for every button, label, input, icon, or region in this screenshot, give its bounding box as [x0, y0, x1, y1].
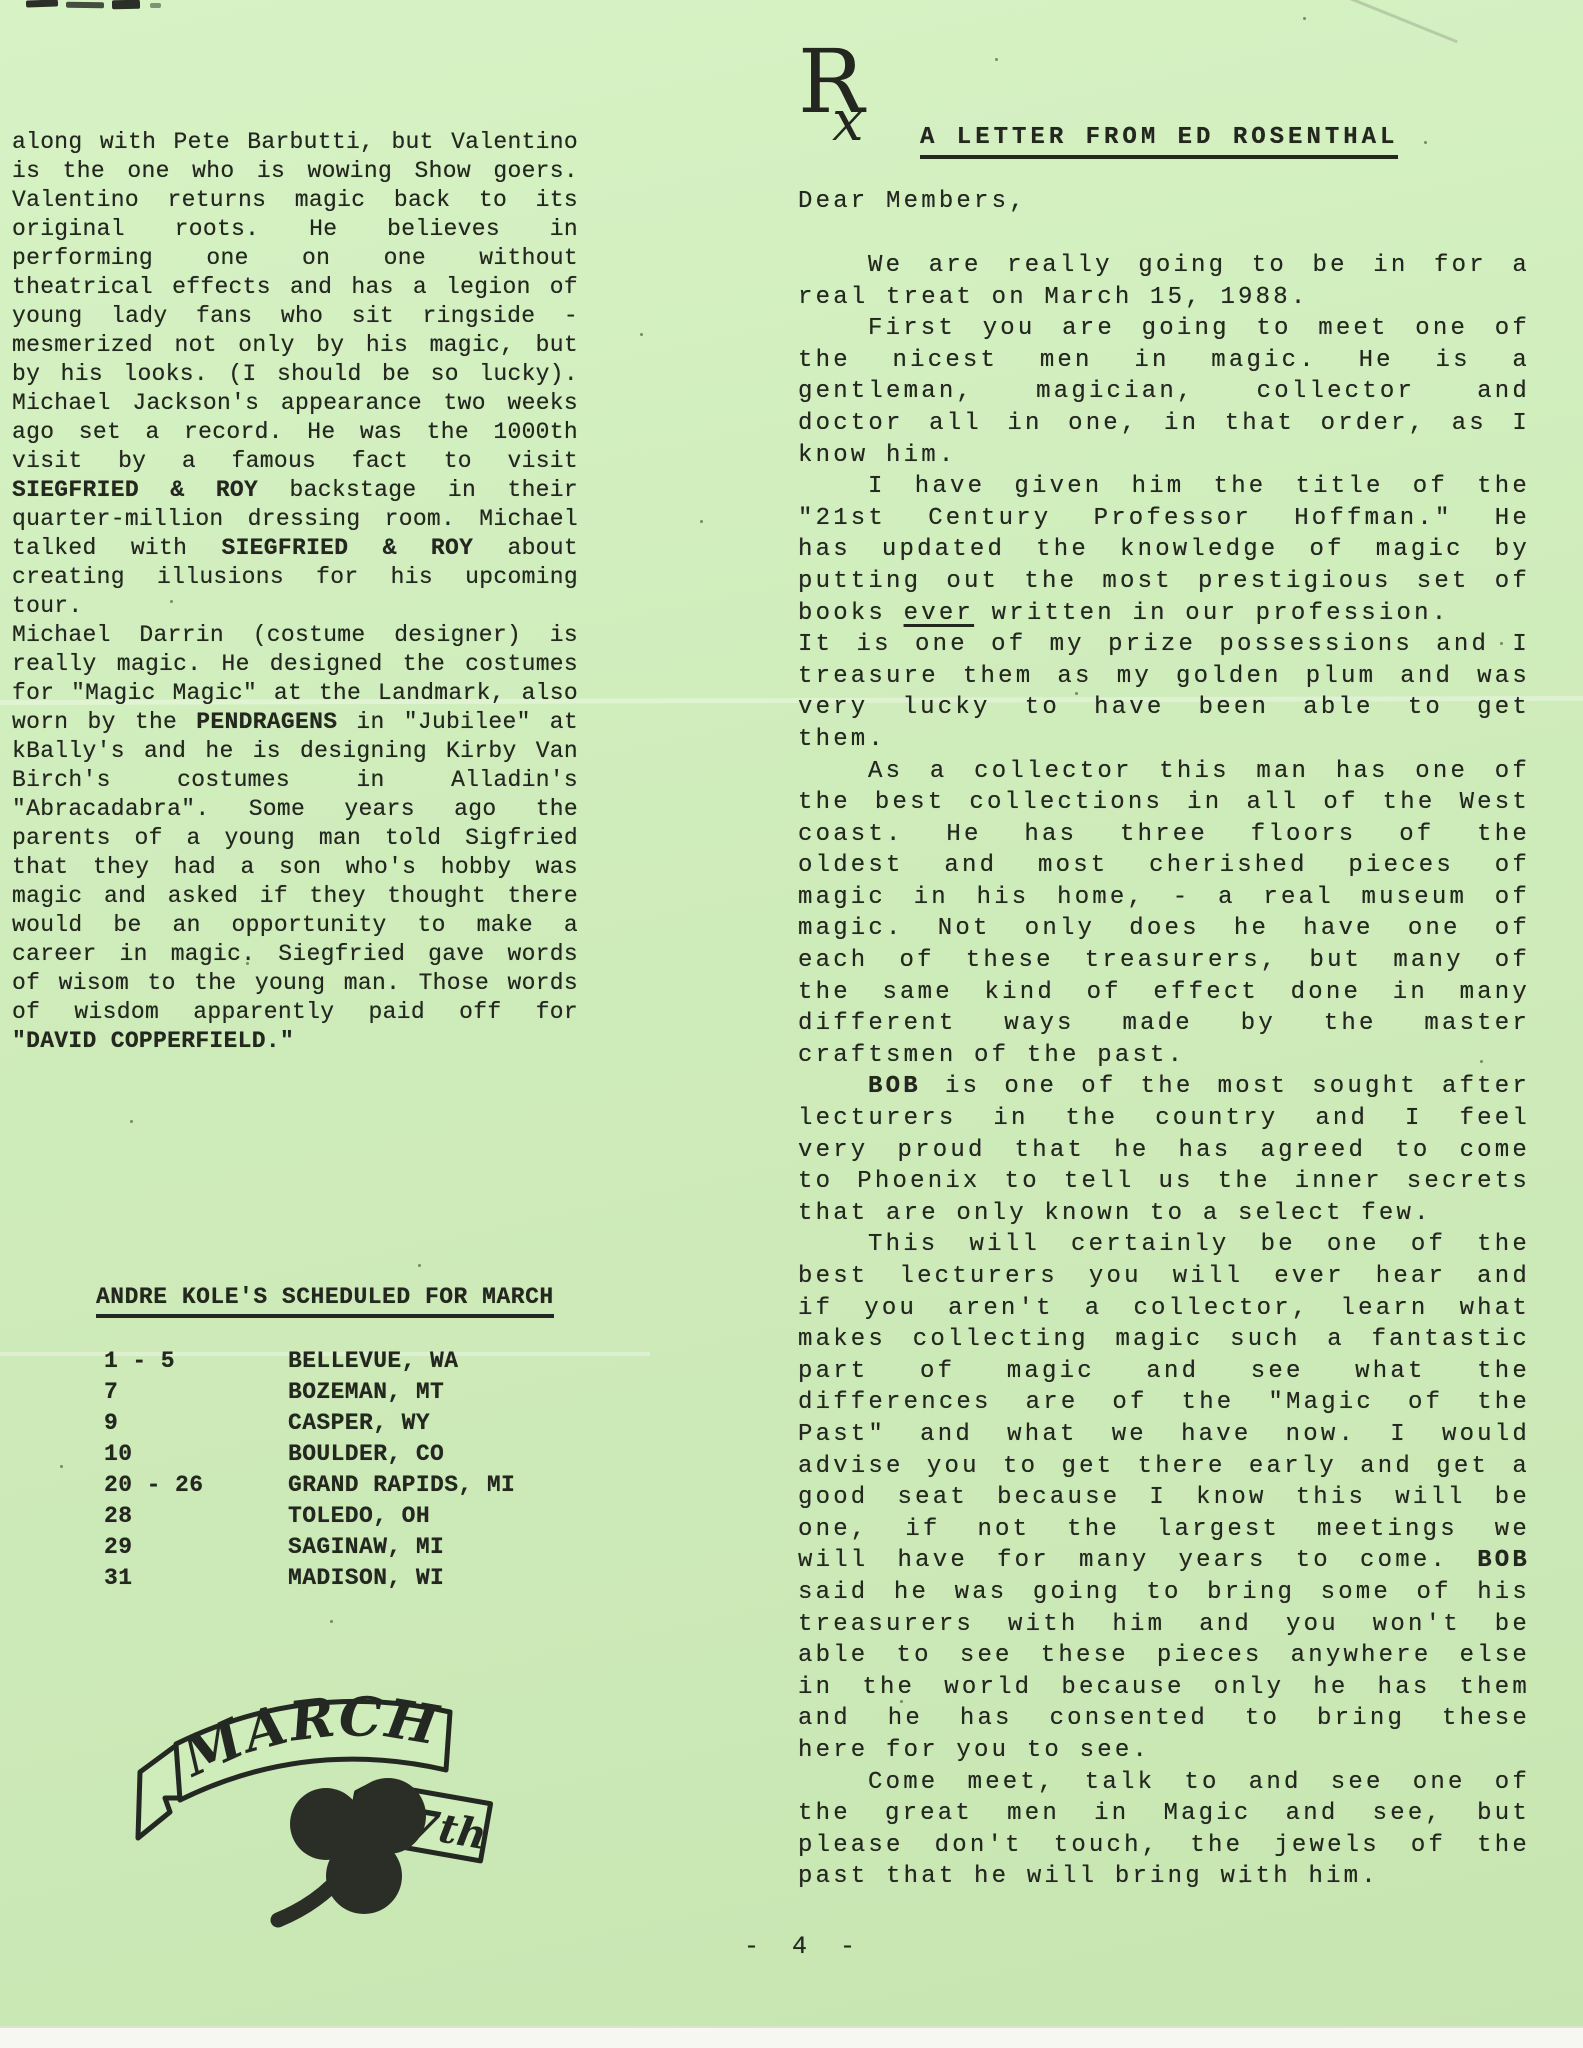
- text-line: the nicest men in magic. He is a: [798, 345, 1530, 377]
- text-line: treasurers with him and you won't be: [798, 1609, 1530, 1641]
- text-line: one, if not the largest meetings we: [798, 1514, 1530, 1546]
- text-line: As a collector this man has one of: [798, 756, 1530, 788]
- text-line: SIEGFRIED & ROY backstage in their: [12, 476, 578, 505]
- text-line: has updated the knowledge of magic by: [798, 534, 1530, 566]
- text-line: visit by a famous fact to visit: [12, 447, 578, 476]
- text-line: different ways made by the master: [798, 1008, 1530, 1040]
- text-line: magic and asked if they thought there: [12, 882, 578, 911]
- schedule-dates: 10: [104, 1439, 288, 1470]
- schedule-dates: 1 - 5: [104, 1346, 288, 1377]
- text-line: tour.: [12, 592, 578, 621]
- text-line: coast. He has three floors of the: [798, 819, 1530, 851]
- text-line: that are only known to a select few.: [798, 1198, 1530, 1230]
- text-line: creating illusions for his upcoming: [12, 563, 578, 592]
- svg-text:x: x: [832, 89, 864, 146]
- text-line: really magic. He designed the costumes: [12, 650, 578, 679]
- article-text: along with Pete Barbutti, but Valentinoi…: [12, 128, 578, 1056]
- text-line: young lady fans who sit ringside -: [12, 302, 578, 331]
- schedule-dates: 7: [104, 1377, 288, 1408]
- schedule-dates: 9: [104, 1408, 288, 1439]
- text-line: best lecturers you will ever hear and: [798, 1261, 1530, 1293]
- text-line: doctor all in one, in that order, as I: [798, 408, 1530, 440]
- scan-speck: [1303, 17, 1306, 20]
- torn-edge-mark: [66, 2, 104, 9]
- schedule-dates: 28: [104, 1501, 288, 1532]
- text-line: oldest and most cherished pieces of: [798, 850, 1530, 882]
- text-line: please don't touch, the jewels of the: [798, 1830, 1530, 1862]
- letter-heading: A LETTER FROM ED ROSENTHAL: [920, 124, 1398, 159]
- text-line: able to see these pieces anywhere else: [798, 1640, 1530, 1672]
- schedule-location: GRAND RAPIDS, MI: [288, 1470, 515, 1501]
- schedule-table: 1 - 5BELLEVUE, WA7BOZEMAN, MT9CASPER, WY…: [104, 1346, 515, 1594]
- text-line: talked with SIEGFRIED & ROY about: [12, 534, 578, 563]
- text-line: worn by the PENDRAGENS in "Jubilee" at: [12, 708, 578, 737]
- scan-speck: [995, 58, 998, 61]
- text-line: each of these treasurers, but many of: [798, 945, 1530, 977]
- text-line: past that he will bring with him.: [798, 1861, 1530, 1893]
- text-line: very proud that he has agreed to come: [798, 1135, 1530, 1167]
- text-line: Valentino returns magic back to its: [12, 186, 578, 215]
- text-line: that they had a son who's hobby was: [12, 853, 578, 882]
- torn-edge-mark: [26, 0, 58, 8]
- scan-speck: [700, 520, 703, 523]
- text-line: said he was going to bring some of his: [798, 1577, 1530, 1609]
- scan-speck: [130, 1120, 133, 1123]
- schedule-location: MADISON, WI: [288, 1563, 444, 1594]
- banner-month-text: MARCH: [170, 1684, 444, 1789]
- text-line: We are really going to be in for a: [798, 250, 1530, 282]
- schedule-row: 9CASPER, WY: [104, 1408, 515, 1439]
- text-line: BOB is one of the most sought after: [798, 1071, 1530, 1103]
- text-line: putting out the most prestigious set of: [798, 566, 1530, 598]
- text-line: theatrical effects and has a legion of: [12, 273, 578, 302]
- text-line: First you are going to meet one of: [798, 313, 1530, 345]
- text-line: by his looks. (I should be so lucky).: [12, 360, 578, 389]
- text-line: It is one of my prize possessions and I: [798, 629, 1530, 661]
- text-line: magic. Not only does he have one of: [798, 913, 1530, 945]
- text-line: very lucky to have been able to get: [798, 692, 1530, 724]
- text-line: quarter-million dressing room. Michael: [12, 505, 578, 534]
- schedule-location: CASPER, WY: [288, 1408, 430, 1439]
- text-line: Michael Jackson's appearance two weeks: [12, 389, 578, 418]
- torn-edge-mark: [150, 3, 161, 8]
- text-line: for "Magic Magic" at the Landmark, also: [12, 679, 578, 708]
- letter-salutation: Dear Members,: [798, 188, 1027, 215]
- text-line: Past" and what we have now. I would: [798, 1419, 1530, 1451]
- schedule-location: BOZEMAN, MT: [288, 1377, 444, 1408]
- paper-crease: [1336, 0, 1458, 43]
- text-line: in the world because only he has them: [798, 1672, 1530, 1704]
- schedule-row: 10BOULDER, CO: [104, 1439, 515, 1470]
- scan-speck: [1424, 141, 1427, 144]
- text-line: know him.: [798, 440, 1530, 472]
- text-line: Come meet, talk to and see one of: [798, 1767, 1530, 1799]
- torn-edge-mark: [112, 0, 140, 9]
- text-line: real treat on March 15, 1988.: [798, 282, 1530, 314]
- text-line: here for you to see.: [798, 1735, 1530, 1767]
- text-line: treasure them as my golden plum and was: [798, 661, 1530, 693]
- scan-speck: [418, 1264, 421, 1267]
- text-line: part of magic and see what the: [798, 1356, 1530, 1388]
- schedule-row: 31MADISON, WI: [104, 1563, 515, 1594]
- text-line: gentleman, magician, collector and: [798, 376, 1530, 408]
- text-line: good seat because I know this will be: [798, 1482, 1530, 1514]
- text-line: to Phoenix to tell us the inner secrets: [798, 1166, 1530, 1198]
- text-line: of wisdom apparently paid off for: [12, 998, 578, 1027]
- text-line: makes collecting magic such a fantastic: [798, 1324, 1530, 1356]
- text-line: This will certainly be one of the: [798, 1229, 1530, 1261]
- text-line: original roots. He believes in: [12, 215, 578, 244]
- schedule-heading: ANDRE KOLE'S SCHEDULED FOR MARCH: [96, 1284, 554, 1318]
- schedule-dates: 20 - 26: [104, 1470, 288, 1501]
- text-line: magic in his home, - a real museum of: [798, 882, 1530, 914]
- text-line: lecturers in the country and I feel: [798, 1103, 1530, 1135]
- text-line: of wisom to the young man. Those words: [12, 969, 578, 998]
- schedule-dates: 29: [104, 1532, 288, 1563]
- text-line: advise you to get there early and get a: [798, 1451, 1530, 1483]
- text-line: "Abracadabra". Some years ago the: [12, 795, 578, 824]
- text-line: and he has consented to bring these: [798, 1703, 1530, 1735]
- text-line: craftsmen of the past.: [798, 1040, 1530, 1072]
- page-number: - 4 -: [744, 1932, 864, 1961]
- scan-speck: [640, 333, 643, 336]
- schedule-row: 29SAGINAW, MI: [104, 1532, 515, 1563]
- text-line: "21st Century Professor Hoffman." He: [798, 503, 1530, 535]
- text-line: "DAVID COPPERFIELD.": [12, 1027, 578, 1056]
- march-17-banner: MARCH 17th: [116, 1652, 506, 1952]
- scan-speck: [60, 1465, 63, 1468]
- letter-body: We are really going to be in for areal t…: [798, 250, 1530, 1893]
- scan-speck: [330, 1620, 333, 1623]
- schedule-location: BELLEVUE, WA: [288, 1346, 458, 1377]
- text-line: ago set a record. He was the 1000th: [12, 418, 578, 447]
- text-line: is the one who is wowing Show goers.: [12, 157, 578, 186]
- text-line: the great men in Magic and see, but: [798, 1798, 1530, 1830]
- scan-edge: [0, 2026, 1583, 2048]
- text-line: mesmerized not only by his magic, but: [12, 331, 578, 360]
- text-line: performing one on one without: [12, 244, 578, 273]
- text-line: will have for many years to come. BOB: [798, 1545, 1530, 1577]
- text-line: would be an opportunity to make a: [12, 911, 578, 940]
- schedule-row: 28TOLEDO, OH: [104, 1501, 515, 1532]
- text-line: differences are of the "Magic of the: [798, 1387, 1530, 1419]
- schedule-dates: 31: [104, 1563, 288, 1594]
- text-line: books ever written in our profession.: [798, 598, 1530, 630]
- text-line: the same kind of effect done in many: [798, 977, 1530, 1009]
- rx-icon: R x: [798, 38, 888, 146]
- text-line: them.: [798, 724, 1530, 756]
- text-line: Birch's costumes in Alladin's: [12, 766, 578, 795]
- text-line: Michael Darrin (costume designer) is: [12, 621, 578, 650]
- text-line: parents of a young man told Sigfried: [12, 824, 578, 853]
- shamrock-icon: [278, 1778, 426, 1920]
- text-line: I have given him the title of the: [798, 471, 1530, 503]
- schedule-location: SAGINAW, MI: [288, 1532, 444, 1563]
- schedule-location: BOULDER, CO: [288, 1439, 444, 1470]
- text-line: career in magic. Siegfried gave words: [12, 940, 578, 969]
- text-line: kBally's and he is designing Kirby Van: [12, 737, 578, 766]
- schedule-location: TOLEDO, OH: [288, 1501, 430, 1532]
- text-line: the best collections in all of the West: [798, 787, 1530, 819]
- schedule-row: 20 - 26GRAND RAPIDS, MI: [104, 1470, 515, 1501]
- text-line: along with Pete Barbutti, but Valentino: [12, 128, 578, 157]
- text-line: if you aren't a collector, learn what: [798, 1293, 1530, 1325]
- schedule-row: 7BOZEMAN, MT: [104, 1377, 515, 1408]
- newsletter-page: along with Pete Barbutti, but Valentinoi…: [0, 0, 1583, 2048]
- schedule-row: 1 - 5BELLEVUE, WA: [104, 1346, 515, 1377]
